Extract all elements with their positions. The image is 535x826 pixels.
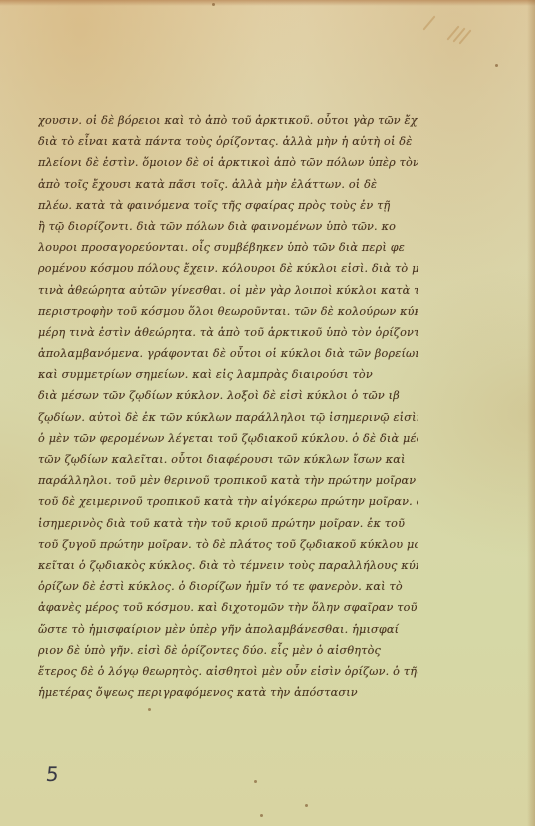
paper-spot: [212, 3, 215, 6]
page-top-edge-stain: [0, 0, 535, 6]
text-line: ὁ μὲν τῶν φερομένων λέγεται τοῦ ζῳδιακοῦ…: [38, 428, 418, 449]
text-line: κεῖται ὁ ζῳδιακὸς κύκλος. διὰ τὸ τέμνειν…: [38, 555, 418, 576]
text-line: ζῳδίων. αὐτοὶ δὲ ἐκ τῶν κύκλων παράλληλο…: [38, 407, 418, 428]
page-right-edge-shadow: [527, 0, 535, 826]
text-line: διὰ μέσων τῶν ζῳδίων κύκλον. λοξοὶ δὲ εἰ…: [38, 385, 418, 406]
text-line: χουσιν. οἱ δὲ βόρειοι καὶ τὸ ἀπὸ τοῦ ἀρκ…: [38, 110, 418, 131]
text-line: πλέω. κατὰ τὰ φαινόμενα τοῖς τῆς σφαίρας…: [38, 195, 418, 216]
text-line: ἀπὸ τοῖς ἔχουσι κατὰ πᾶσι τοῖς. ἀλλὰ μὴν…: [38, 174, 418, 195]
text-line: ρομένου κόσμου πόλους ἔχειν. κόλουροι δὲ…: [38, 258, 418, 279]
text-line: μέρη τινὰ ἐστὶν ἀθεώρητα. τὰ ἀπὸ τοῦ ἀρκ…: [38, 322, 418, 343]
page-number: 5: [45, 762, 60, 786]
paper-spot: [495, 64, 498, 67]
paper-spot: [148, 708, 151, 711]
paper-spot: [260, 814, 263, 817]
text-line: ἀφανὲς μέρος τοῦ κόσμου. καὶ διχοτομῶν τ…: [38, 597, 418, 618]
text-line: λουροι προσαγορεύονται. οἷς συμβέβηκεν ὑ…: [38, 237, 418, 258]
manuscript-text-block: χουσιν. οἱ δὲ βόρειοι καὶ τὸ ἀπὸ τοῦ ἀρκ…: [38, 110, 418, 703]
text-line: ριον δὲ ὑπὸ γῆν. εἰσὶ δὲ ὁρίζοντες δύο. …: [38, 640, 418, 661]
text-line: περιστροφὴν τοῦ κόσμου ὅλοι θεωροῦνται. …: [38, 301, 418, 322]
text-line: καὶ συμμετρίων σημείων. καὶ εἰς λαμπρὰς …: [38, 364, 418, 385]
text-line: ἢ τῷ διορίζοντι. διὰ τῶν πόλων διὰ φαινο…: [38, 216, 418, 237]
text-line: παράλληλοι. τοῦ μὲν θερινοῦ τροπικοῦ κατ…: [38, 470, 418, 491]
paper-spot: [305, 804, 308, 807]
text-line: τοῦ δὲ χειμερινοῦ τροπικοῦ κατὰ τὴν αἰγό…: [38, 491, 418, 512]
manuscript-page: χουσιν. οἱ δὲ βόρειοι καὶ τὸ ἀπὸ τοῦ ἀρκ…: [0, 0, 535, 826]
text-line: πλείονι δὲ ἐστὶν. ὅμοιον δὲ οἱ ἀρκτικοὶ …: [38, 152, 418, 173]
text-line: τοῦ ζυγοῦ πρώτην μοῖραν. τὸ δὲ πλάτος το…: [38, 534, 418, 555]
text-line: ἀπολαμβανόμενα. γράφονται δὲ οὗτοι οἱ κύ…: [38, 343, 418, 364]
text-line: τινὰ ἀθεώρητα αὐτῶν γίνεσθαι. οἱ μὲν γὰρ…: [38, 280, 418, 301]
text-line: ἰσημερινὸς διὰ τοῦ κατὰ τὴν τοῦ κριοῦ πρ…: [38, 513, 418, 534]
ink-smudge: [422, 15, 435, 30]
text-line: διὰ τὸ εἶναι κατὰ πάντα τοὺς ὁρίζοντας. …: [38, 131, 418, 152]
text-line: ἡμετέρας ὄψεως περιγραφόμενος κατὰ τὴν ἀ…: [38, 682, 418, 703]
text-line: ἕτερος δὲ ὁ λόγῳ θεωρητὸς. αἰσθητοὶ μὲν …: [38, 661, 418, 682]
paper-spot: [254, 780, 257, 783]
text-line: ὁρίζων δὲ ἐστὶ κύκλος. ὁ διορίζων ἡμῖν τ…: [38, 576, 418, 597]
text-line: τῶν ζῳδίων καλεῖται. οὗτοι διαφέρουσι τῶ…: [38, 449, 418, 470]
text-line: ὥστε τὸ ἡμισφαίριον μὲν ὑπὲρ γῆν ἀπολαμβ…: [38, 619, 418, 640]
